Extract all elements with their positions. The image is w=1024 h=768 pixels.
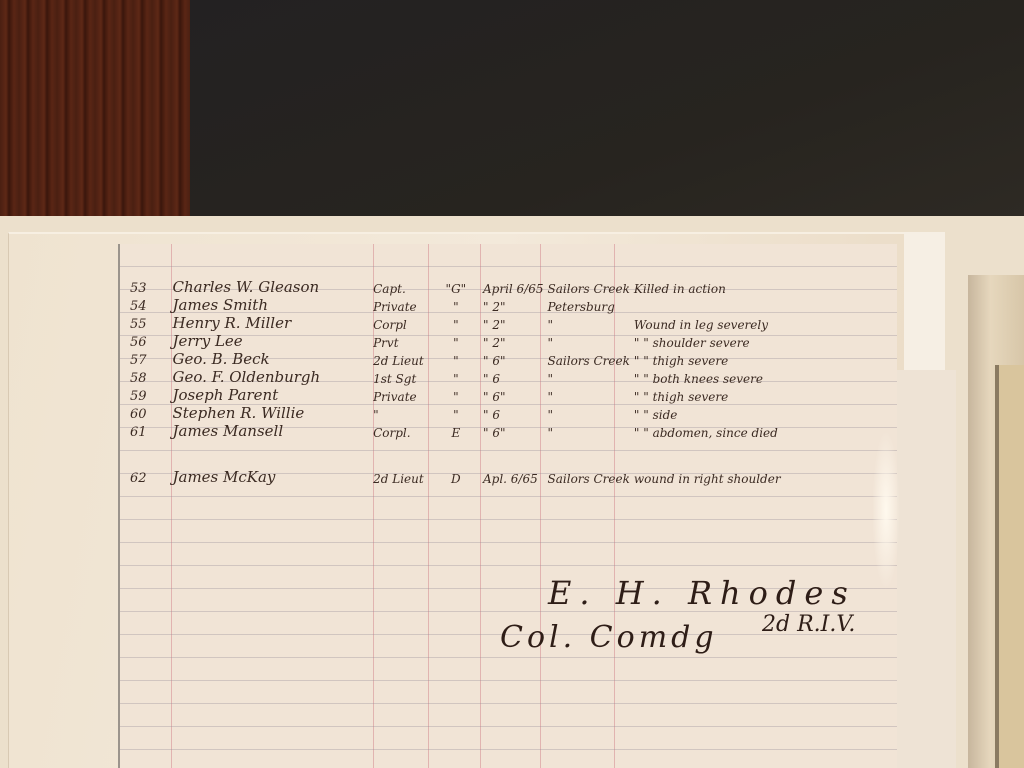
table-row: 62 James McKay 2d Lieut D Apl. 6/65 Sail…: [128, 440, 898, 486]
soldier-name: James McKay: [170, 440, 371, 486]
soldier-name: Geo. F. Oldenburgh: [170, 368, 371, 386]
table-row: 57 Geo. B. Beck 2d Lieut " " 6" Sailors …: [128, 350, 898, 368]
remarks: " " both knees severe: [632, 368, 898, 386]
company: E: [431, 422, 481, 440]
company: ": [431, 368, 481, 386]
soldier-name: Charles W. Gleason: [170, 278, 371, 296]
rank: Corpl.: [371, 422, 431, 440]
remarks: Killed in action: [632, 278, 898, 296]
place: Sailors Creek: [546, 440, 632, 486]
entry-number: 61: [128, 422, 170, 440]
place: ": [546, 314, 632, 332]
company: D: [431, 440, 481, 486]
date: " 6": [481, 350, 546, 368]
soldier-name: Jerry Lee: [170, 332, 371, 350]
entry-number: 55: [128, 314, 170, 332]
date: " 6": [481, 422, 546, 440]
table-row: 55 Henry R. Miller Corpl " " 2" " Wound …: [128, 314, 898, 332]
soldier-name: Joseph Parent: [170, 386, 371, 404]
entry-number: 53: [128, 278, 170, 296]
place: ": [546, 422, 632, 440]
folded-paper-edge: [895, 370, 956, 768]
place: ": [546, 332, 632, 350]
rank: 2d Lieut: [371, 350, 431, 368]
soldier-name: Henry R. Miller: [170, 314, 371, 332]
rank: Capt.: [371, 278, 431, 296]
adjacent-document-edge: [995, 365, 1024, 768]
soldier-name: Stephen R. Willie: [170, 404, 371, 422]
date: " 6": [481, 386, 546, 404]
company: ": [431, 404, 481, 422]
entry-number: 57: [128, 350, 170, 368]
rank: 1st Sgt: [371, 368, 431, 386]
company: ": [431, 296, 481, 314]
rank: 2d Lieut: [371, 440, 431, 486]
signature-regiment: 2d R.I.V.: [762, 612, 855, 637]
rank: Private: [371, 386, 431, 404]
date: " 6: [481, 404, 546, 422]
soldier-name: James Smith: [170, 296, 371, 314]
remarks: " " abdomen, since died: [632, 422, 898, 440]
entry-number: 58: [128, 368, 170, 386]
place: ": [546, 386, 632, 404]
entry-number: 60: [128, 404, 170, 422]
company: ": [431, 350, 481, 368]
company: ": [431, 332, 481, 350]
dark-backing-board: [190, 0, 1024, 228]
place: ": [546, 404, 632, 422]
place: Sailors Creek: [546, 278, 632, 296]
entry-number: 56: [128, 332, 170, 350]
remarks: " " thigh severe: [632, 386, 898, 404]
company: ": [431, 314, 481, 332]
rank: Corpl: [371, 314, 431, 332]
casualty-roster-table: 53 Charles W. Gleason Capt. "G" April 6/…: [128, 278, 898, 486]
remarks: [632, 296, 898, 314]
table-row: 61 James Mansell Corpl. E " 6" " " " abd…: [128, 422, 898, 440]
place: Petersburg: [546, 296, 632, 314]
date: Apl. 6/65: [481, 440, 546, 486]
date: " 2": [481, 314, 546, 332]
signature-title: Col. Comdg: [500, 620, 718, 655]
table-row: 54 James Smith Private " " 2" Petersburg: [128, 296, 898, 314]
date: " 6: [481, 368, 546, 386]
date: " 2": [481, 332, 546, 350]
rank: ": [371, 404, 431, 422]
remarks: Wound in leg severely: [632, 314, 898, 332]
place: Sailors Creek: [546, 350, 632, 368]
company: "G": [431, 278, 481, 296]
rank: Private: [371, 296, 431, 314]
entry-number: 59: [128, 386, 170, 404]
remarks: " " side: [632, 404, 898, 422]
remarks: " " thigh severe: [632, 350, 898, 368]
table-row: 56 Jerry Lee Prvt " " 2" " " " shoulder …: [128, 332, 898, 350]
soldier-name: Geo. B. Beck: [170, 350, 371, 368]
entry-number: 54: [128, 296, 170, 314]
remarks: wound in right shoulder: [632, 440, 898, 486]
rank: Prvt: [371, 332, 431, 350]
entry-number: 62: [128, 440, 170, 486]
remarks: " " shoulder severe: [632, 332, 898, 350]
company: ": [431, 386, 481, 404]
table-row: 60 Stephen R. Willie " " " 6 " " " side: [128, 404, 898, 422]
table-row: 53 Charles W. Gleason Capt. "G" April 6/…: [128, 278, 898, 296]
table-row: 59 Joseph Parent Private " " 6" " " " th…: [128, 386, 898, 404]
signature-name: E. H. Rhodes: [548, 574, 856, 612]
date: " 2": [481, 296, 546, 314]
date: April 6/65: [481, 278, 546, 296]
soldier-name: James Mansell: [170, 422, 371, 440]
table-row: 58 Geo. F. Oldenburgh 1st Sgt " " 6 " " …: [128, 368, 898, 386]
place: ": [546, 368, 632, 386]
